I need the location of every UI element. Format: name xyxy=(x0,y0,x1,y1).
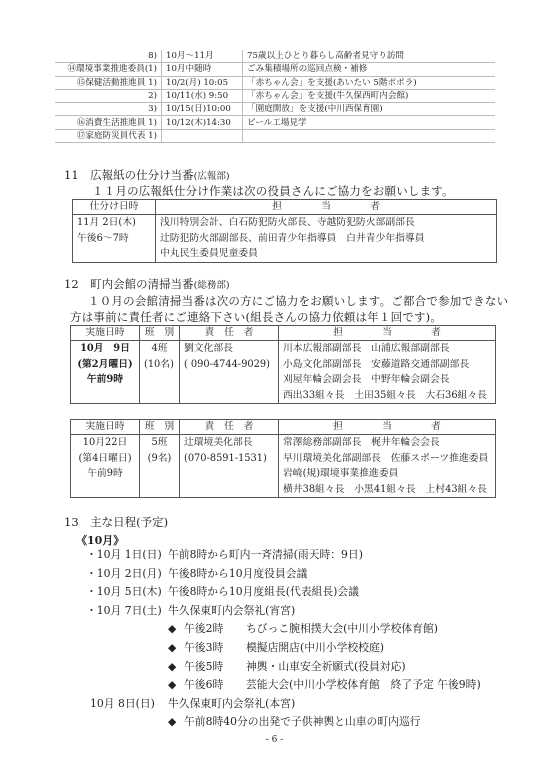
section-title-note: (総務部) xyxy=(194,280,230,291)
time-line: 午前9時 xyxy=(75,372,135,388)
schedule-date: 10月 8日(日) xyxy=(90,695,168,714)
schedule-date: ・10月 7日(土) xyxy=(86,602,168,621)
schedule-date: ・10月 2日(月) xyxy=(86,565,168,584)
date-line: 11月 2日(木) xyxy=(77,215,151,231)
schedule-date: ・10月 5日(木) xyxy=(86,583,168,602)
sub-text: 神輿・山車安全祈願式(役員対応) xyxy=(246,660,406,673)
header-staff: 担 当 者 xyxy=(156,200,497,215)
date-cell: 10月 9日 (第2月曜日) 午前9時 xyxy=(71,341,140,404)
weekday-line: (第2月曜日) xyxy=(75,357,135,373)
schedule-item: 10月 8日(日)牛久保東町内会祭礼(本宮) xyxy=(86,695,481,714)
date-cell: 10/2(月) 10:05 xyxy=(162,76,243,89)
date-cell: 10/15(日)10:00 xyxy=(162,103,243,116)
sub-schedule-item: ◆午後2時ちびっこ腕相撲大会(中川小学校体育館) xyxy=(86,620,481,639)
table-row: 2)10/11(水) 9:50「赤ちゃん会」を支援(牛久保西町内会館) xyxy=(55,89,495,102)
diamond-bullet-icon: ◆ xyxy=(168,658,184,677)
schedule-text: 牛久保東町内会祭礼(本宮) xyxy=(168,697,295,710)
section-title-text: 11 広報紙の仕分け当番 xyxy=(64,168,194,182)
schedule-text: 午後8時から10月度組長(代表組長)会議 xyxy=(168,585,359,598)
activity-table: 8)10月～11月75歳以上ひとり暮らし高齢者見守り訪問 ⑭環境事業推進委員(1… xyxy=(55,50,495,143)
date-cell: 10月中随時 xyxy=(162,63,243,76)
diamond-bullet-icon: ◆ xyxy=(168,676,184,695)
role-cell: ⑮保健活動推進員 1) xyxy=(55,76,162,89)
content-cell xyxy=(243,129,496,142)
role-cell: 8) xyxy=(55,50,162,63)
time-line: 午後6～7時 xyxy=(77,231,151,247)
sub-schedule-item: ◆午後5時神輿・山車安全祈願式(役員対応) xyxy=(86,658,481,677)
table-row: ⑯消費生活推進員 1)10/12(木)14:30ビール工場見学 xyxy=(55,116,495,129)
sub-time: 午後6時 xyxy=(184,676,246,695)
staff-line: 横井38組々長 小黒41組々長 上村43組々長 xyxy=(283,482,491,498)
date-cell xyxy=(162,129,243,142)
group-count-line: (10名) xyxy=(144,357,175,373)
header-group: 班 別 xyxy=(140,326,180,341)
staff-line: 中丸民生委員児童委員 xyxy=(160,246,492,262)
role-cell: 3) xyxy=(55,103,162,116)
staff-cell: 川本広報部副部長 山浦広報部副部長 小島文化部副部長 安藤道路交通部副部長 刈屋… xyxy=(279,341,496,404)
leader-name: 劉文化部長 xyxy=(184,341,274,357)
date-cell: 11月 2日(木) 午後6～7時 xyxy=(73,215,156,263)
date-cell: 10/11(水) 9:50 xyxy=(162,89,243,102)
sorting-duty-table: 仕分け日時 担 当 者 11月 2日(木) 午後6～7時 浅川特別会計、白石防犯… xyxy=(72,199,497,263)
sub-time: 午後2時 xyxy=(184,620,246,639)
staff-line: 辻防犯防火部副部長、前田青少年指導員 白井青少年指導員 xyxy=(160,231,492,247)
section-12-intro-line1: １０月の会館清掃当番は次の方にご協力をお願いします。ご都合で参加できない xyxy=(88,293,508,309)
cleaning-duty-table-1: 実施日時 班 別 責 任 者 担 当 者 10月 9日 (第2月曜日) 午前9時… xyxy=(70,325,496,404)
staff-line: 刈屋年輪会副会長 中野年輪会副会長 xyxy=(283,372,491,388)
group-cell: 5班 (9名) xyxy=(140,435,180,498)
header-date: 実施日時 xyxy=(71,420,140,435)
staff-cell: 常澤総務部副部長 梶井年輪会会長 早川環境美化部副部長 佐藤スポーツ推進委員 岩… xyxy=(279,435,496,498)
diamond-bullet-icon: ◆ xyxy=(168,639,184,658)
date-line: 10月 9日 xyxy=(75,341,135,357)
header-date: 実施日時 xyxy=(71,326,140,341)
leader-cell: 劉文化部長 ( 090-4744-9029) xyxy=(180,341,279,404)
table-row: ⑭環境事業推進委員(1)10月中随時ごみ集積場所の巡回点検・補修 xyxy=(55,63,495,76)
sub-schedule-item: ◆午前8時40分の出発で子供神輿と山車の町内巡行 xyxy=(86,713,481,732)
sub-schedule-item: ◆午後3時模擬店開店(中川小学校校庭) xyxy=(86,639,481,658)
section-11-intro: １１月の広報紙仕分け作業は次の役員さんにご協力をお願いします。 xyxy=(92,183,454,199)
date-cell: 10月～11月 xyxy=(162,50,243,63)
table-row: 8)10月～11月75歳以上ひとり暮らし高齢者見守り訪問 xyxy=(55,50,495,63)
content-cell: ビール工場見学 xyxy=(243,116,496,129)
leader-cell: 辻環境美化部長 (070-8591-1531) xyxy=(180,435,279,498)
schedule-list: ・10月 1日(日)午前8時から町内一斉清掃(雨天時：9日) ・10月 2日(月… xyxy=(86,546,481,732)
group-count-line: (9名) xyxy=(144,451,175,467)
staff-line: 西出33組々長 土田35組々長 大石36組々長 xyxy=(283,388,491,404)
group-line: 4班 xyxy=(144,341,175,357)
staff-line: 常澤総務部副部長 梶井年輪会会長 xyxy=(283,435,491,451)
weekday-line: (第4日曜日) xyxy=(75,451,135,467)
leader-phone: (070-8591-1531) xyxy=(184,451,274,467)
sub-schedule-item: ◆午後6時芸能大会(中川小学校体育館 終了予定 午後9時) xyxy=(86,676,481,695)
staff-line: 小島文化部副部長 安藤道路交通部副部長 xyxy=(283,357,491,373)
date-cell: 10月22日 (第4日曜日) 午前9時 xyxy=(71,435,140,498)
group-line: 5班 xyxy=(144,435,175,451)
section-12-title: 12 町内会館の清掃当番(総務部) xyxy=(64,276,230,292)
section-title-text: 12 町内会館の清掃当番 xyxy=(64,277,194,291)
table-row: ⑰家庭防災員代表 1) xyxy=(55,129,495,142)
content-cell: 「赤ちゃん会」を支援(あいたい 5階ポポラ) xyxy=(243,76,496,89)
section-title-note: (広報部) xyxy=(194,171,230,182)
staff-line: 岩崎(規)環境事業推進委員 xyxy=(283,466,491,482)
date-line: 10月22日 xyxy=(75,435,135,451)
leader-phone: ( 090-4744-9029) xyxy=(184,357,274,373)
content-cell: 「園庭開放」を支援(中川西保育園) xyxy=(243,103,496,116)
diamond-bullet-icon: ◆ xyxy=(168,620,184,639)
schedule-text: 午後8時から10月度役員会議 xyxy=(168,567,307,580)
sub-text: 午前8時40分の出発で子供神輿と山車の町内巡行 xyxy=(184,715,421,728)
schedule-item: ・10月 5日(木)午後8時から10月度組長(代表組長)会議 xyxy=(86,583,481,602)
schedule-text: 午前8時から町内一斉清掃(雨天時：9日) xyxy=(168,548,363,561)
schedule-item: ・10月 7日(土)牛久保東町内会祭礼(宵宮) xyxy=(86,602,481,621)
content-cell: 「赤ちゃん会」を支援(牛久保西町内会館) xyxy=(243,89,496,102)
date-cell: 10/12(木)14:30 xyxy=(162,116,243,129)
header-staff: 担 当 者 xyxy=(279,326,496,341)
role-cell: 2) xyxy=(55,89,162,102)
schedule-item: ・10月 1日(日)午前8時から町内一斉清掃(雨天時：9日) xyxy=(86,546,481,565)
staff-cell: 浅川特別会計、白石防犯防火部長、寺越防犯防火部副部長 辻防犯防火部副部長、前田青… xyxy=(156,215,497,263)
diamond-bullet-icon: ◆ xyxy=(168,713,184,732)
role-cell: ⑯消費生活推進員 1) xyxy=(55,116,162,129)
section-12-intro-line2: 方は事前に責任者にご連絡下さい(組長さんの協力依頼は年１回です)。 xyxy=(70,309,442,325)
header-staff: 担 当 者 xyxy=(279,420,496,435)
header-leader: 責 任 者 xyxy=(180,420,279,435)
content-cell: ごみ集積場所の巡回点検・補修 xyxy=(243,63,496,76)
sub-text: ちびっこ腕相撲大会(中川小学校体育館) xyxy=(246,622,438,635)
header-date: 仕分け日時 xyxy=(73,200,156,215)
role-cell: ⑭環境事業推進委員(1) xyxy=(55,63,162,76)
header-leader: 責 任 者 xyxy=(180,326,279,341)
schedule-date: ・10月 1日(日) xyxy=(86,546,168,565)
staff-line: 浅川特別会計、白石防犯防火部長、寺越防犯防火部副部長 xyxy=(160,215,492,231)
group-cell: 4班 (10名) xyxy=(140,341,180,404)
time-line: 午前9時 xyxy=(75,466,135,482)
role-cell: ⑰家庭防災員代表 1) xyxy=(55,129,162,142)
section-13-title: 13 主な日程(予定) xyxy=(64,514,168,530)
table-row: 3)10/15(日)10:00「園庭開放」を支援(中川西保育園) xyxy=(55,103,495,116)
staff-line: 早川環境美化部副部長 佐藤スポーツ推進委員 xyxy=(283,451,491,467)
sub-text: 芸能大会(中川小学校体育館 終了予定 午後9時) xyxy=(246,678,481,691)
sub-time: 午後3時 xyxy=(184,639,246,658)
content-cell: 75歳以上ひとり暮らし高齢者見守り訪問 xyxy=(243,50,496,63)
sub-time: 午後5時 xyxy=(184,658,246,677)
page-number: - 6 - xyxy=(0,735,549,745)
section-11-title: 11 広報紙の仕分け当番(広報部) xyxy=(64,167,230,183)
cleaning-duty-table-2: 実施日時 班 別 責 任 者 担 当 者 10月22日 (第4日曜日) 午前9時… xyxy=(70,419,496,498)
schedule-item: ・10月 2日(月)午後8時から10月度役員会議 xyxy=(86,565,481,584)
schedule-text: 牛久保東町内会祭礼(宵宮) xyxy=(168,604,295,617)
header-group: 班 別 xyxy=(140,420,180,435)
table-row: ⑮保健活動推進員 1)10/2(月) 10:05「赤ちゃん会」を支援(あいたい … xyxy=(55,76,495,89)
leader-name: 辻環境美化部長 xyxy=(184,435,274,451)
staff-line: 川本広報部副部長 山浦広報部副部長 xyxy=(283,341,491,357)
sub-text: 模擬店開店(中川小学校校庭) xyxy=(246,641,384,654)
